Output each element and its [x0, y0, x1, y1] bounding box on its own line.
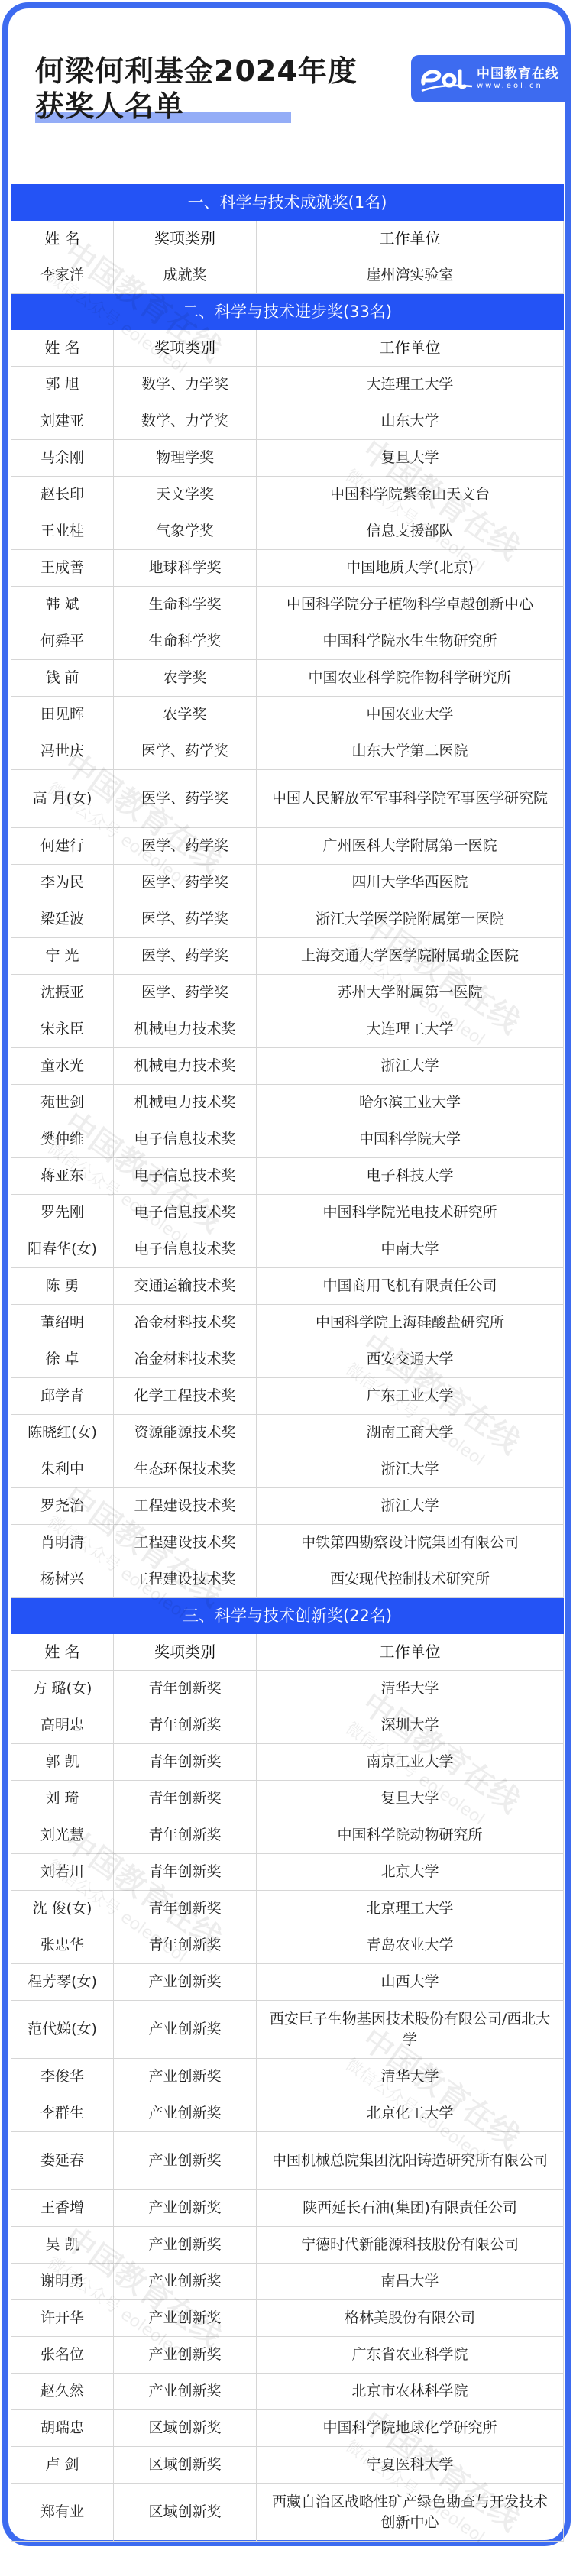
awardees-table-container: 一、科学与技术成就奖(1名)姓 名奖项类别工作单位李家洋成就奖崖州湾实验室二、科… — [11, 184, 563, 2542]
awardee-name: 高 月(女) — [11, 770, 114, 828]
work-unit: 中国机械总院集团沈阳铸造研究所有限公司 — [257, 2132, 564, 2190]
table-row: 许开华产业创新奖格林美股份有限公司 — [11, 2300, 564, 2337]
work-unit: 北京市农林科学院 — [257, 2374, 564, 2410]
awardee-name: 吴 凯 — [11, 2227, 114, 2264]
work-unit: 深圳大学 — [257, 1707, 564, 1744]
award-category: 区域创新奖 — [114, 2447, 257, 2484]
table-row: 沈振亚医学、药学奖苏州大学附属第一医院 — [11, 975, 564, 1011]
work-unit: 浙江大学医学院附属第一医院 — [257, 901, 564, 938]
work-unit: 中国科学院分子植物科学卓越创新中心 — [257, 587, 564, 623]
table-row: 刘 琦青年创新奖复旦大学 — [11, 1781, 564, 1817]
work-unit: 中国科学院光电技术研究所 — [257, 1195, 564, 1231]
unit-column-header: 工作单位 — [257, 221, 564, 257]
award-category: 产业创新奖 — [114, 2095, 257, 2132]
work-unit: 广州医科大学附属第一医院 — [257, 828, 564, 865]
table-row: 冯世庆医学、药学奖山东大学第二医院 — [11, 733, 564, 770]
award-category: 青年创新奖 — [114, 1781, 257, 1817]
table-row: 郭 凯青年创新奖南京工业大学 — [11, 1744, 564, 1781]
section-header: 二、科学与技术进步奖(33名) — [11, 294, 564, 330]
work-unit: 中国人民解放军军事科学院军事医学研究院 — [257, 770, 564, 828]
work-unit: 山西大学 — [257, 1964, 564, 2001]
work-unit: 大连理工大学 — [257, 367, 564, 403]
table-row: 范代娣(女)产业创新奖西安巨子生物基因技术股份有限公司/西北大学 — [11, 2001, 564, 2059]
awardee-name: 王香增 — [11, 2190, 114, 2227]
awardee-name: 赵长印 — [11, 477, 114, 513]
table-row: 邱学青化学工程技术奖广东工业大学 — [11, 1378, 564, 1415]
work-unit: 陕西延长石油(集团)有限责任公司 — [257, 2190, 564, 2227]
awardee-name: 何舜平 — [11, 623, 114, 660]
table-row: 蒋亚东电子信息技术奖电子科技大学 — [11, 1158, 564, 1195]
table-row: 李俊华产业创新奖清华大学 — [11, 2059, 564, 2095]
awardee-name: 邱学青 — [11, 1378, 114, 1415]
work-unit: 清华大学 — [257, 1671, 564, 1707]
awardee-name: 韩 斌 — [11, 587, 114, 623]
award-category: 青年创新奖 — [114, 1817, 257, 1854]
awardee-name: 郑有业 — [11, 2484, 114, 2542]
work-unit: 大连理工大学 — [257, 1011, 564, 1048]
work-unit: 中国科学院水生生物研究所 — [257, 623, 564, 660]
work-unit: 苏州大学附属第一医院 — [257, 975, 564, 1011]
work-unit: 北京理工大学 — [257, 1891, 564, 1927]
award-category: 青年创新奖 — [114, 1671, 257, 1707]
awardee-name: 童水光 — [11, 1048, 114, 1085]
award-category: 产业创新奖 — [114, 2227, 257, 2264]
awardee-name: 蒋亚东 — [11, 1158, 114, 1195]
award-category: 产业创新奖 — [114, 2264, 257, 2300]
award-category: 机械电力技术奖 — [114, 1048, 257, 1085]
award-category: 产业创新奖 — [114, 1964, 257, 2001]
table-row: 郑有业区域创新奖西藏自治区战略性矿产绿色勘查与开发技术创新中心 — [11, 2484, 564, 2542]
unit-column-header: 工作单位 — [257, 1634, 564, 1671]
award-category: 生态环保技术奖 — [114, 1451, 257, 1488]
work-unit: 北京化工大学 — [257, 2095, 564, 2132]
award-category: 机械电力技术奖 — [114, 1011, 257, 1048]
work-unit: 西藏自治区战略性矿产绿色勘查与开发技术创新中心 — [257, 2484, 564, 2542]
table-row: 卢 剑区域创新奖宁夏医科大学 — [11, 2447, 564, 2484]
table-row: 高明忠青年创新奖深圳大学 — [11, 1707, 564, 1744]
awardee-name: 方 璐(女) — [11, 1671, 114, 1707]
awardee-name: 朱利中 — [11, 1451, 114, 1488]
award-category: 产业创新奖 — [114, 2337, 257, 2374]
eol-logo-badge: 中国教育在线 www.eol.cn — [411, 55, 568, 102]
work-unit: 中国科学院地球化学研究所 — [257, 2410, 564, 2447]
award-category: 数学、力学奖 — [114, 367, 257, 403]
table-row: 方 璐(女)青年创新奖清华大学 — [11, 1671, 564, 1707]
awardee-name: 苑世剑 — [11, 1085, 114, 1121]
work-unit: 青岛农业大学 — [257, 1927, 564, 1964]
table-row: 刘若川青年创新奖北京大学 — [11, 1854, 564, 1891]
logo-url: www.eol.cn — [477, 82, 559, 91]
table-row: 苑世剑机械电力技术奖哈尔滨工业大学 — [11, 1085, 564, 1121]
table-row: 张名位产业创新奖广东省农业科学院 — [11, 2337, 564, 2374]
work-unit: 复旦大学 — [257, 440, 564, 477]
page: 何梁何利基金2024年度 获奖人名单 中国教育在线 www.eol.cn 一、科… — [0, 0, 573, 2576]
work-unit: 西安现代控制技术研究所 — [257, 1561, 564, 1598]
column-header-row: 姓 名奖项类别工作单位 — [11, 1634, 564, 1671]
work-unit: 北京大学 — [257, 1854, 564, 1891]
table-row: 田见晖农学奖中国农业大学 — [11, 697, 564, 733]
awardee-name: 卢 剑 — [11, 2447, 114, 2484]
award-category: 产业创新奖 — [114, 2132, 257, 2190]
awardee-name: 张忠华 — [11, 1927, 114, 1964]
table-row: 李家洋成就奖崖州湾实验室 — [11, 257, 564, 294]
column-header-row: 姓 名奖项类别工作单位 — [11, 221, 564, 257]
table-row: 徐 卓冶金材料技术奖西安交通大学 — [11, 1341, 564, 1378]
table-row: 高 月(女)医学、药学奖中国人民解放军军事科学院军事医学研究院 — [11, 770, 564, 828]
work-unit: 宁夏医科大学 — [257, 2447, 564, 2484]
title-line-1: 何梁何利基金2024年度 — [35, 53, 358, 89]
table-row: 宋永臣机械电力技术奖大连理工大学 — [11, 1011, 564, 1048]
awardee-name: 郭 旭 — [11, 367, 114, 403]
awardee-name: 宋永臣 — [11, 1011, 114, 1048]
awardee-name: 王成善 — [11, 550, 114, 587]
award-category: 区域创新奖 — [114, 2484, 257, 2542]
work-unit: 南昌大学 — [257, 2264, 564, 2300]
award-category: 电子信息技术奖 — [114, 1195, 257, 1231]
award-category: 电子信息技术奖 — [114, 1231, 257, 1268]
awardee-name: 徐 卓 — [11, 1341, 114, 1378]
table-row: 王业桂气象学奖信息支援部队 — [11, 513, 564, 550]
table-row: 沈 俊(女)青年创新奖北京理工大学 — [11, 1891, 564, 1927]
award-category: 地球科学奖 — [114, 550, 257, 587]
award-category: 青年创新奖 — [114, 1744, 257, 1781]
awardee-name: 宁 光 — [11, 938, 114, 975]
award-category: 生命科学奖 — [114, 623, 257, 660]
awardee-name: 沈振亚 — [11, 975, 114, 1011]
table-row: 李群生产业创新奖北京化工大学 — [11, 2095, 564, 2132]
awardee-name: 马余刚 — [11, 440, 114, 477]
awardee-name: 胡瑞忠 — [11, 2410, 114, 2447]
table-row: 王成善地球科学奖中国地质大学(北京) — [11, 550, 564, 587]
table-row: 郭 旭数学、力学奖大连理工大学 — [11, 367, 564, 403]
awardee-name: 李为民 — [11, 865, 114, 901]
awardee-name: 赵久然 — [11, 2374, 114, 2410]
award-category: 医学、药学奖 — [114, 828, 257, 865]
award-category: 冶金材料技术奖 — [114, 1341, 257, 1378]
award-category: 青年创新奖 — [114, 1927, 257, 1964]
award-category: 物理学奖 — [114, 440, 257, 477]
awardee-name: 钱 前 — [11, 660, 114, 697]
awardee-name: 许开华 — [11, 2300, 114, 2337]
awardee-name: 冯世庆 — [11, 733, 114, 770]
work-unit: 中铁第四勘察设计院集团有限公司 — [257, 1525, 564, 1561]
section-header: 一、科学与技术成就奖(1名) — [11, 185, 564, 221]
award-category: 化学工程技术奖 — [114, 1378, 257, 1415]
eol-logo-icon — [419, 63, 474, 94]
awardee-name: 陈晓红(女) — [11, 1415, 114, 1451]
work-unit: 四川大学华西医院 — [257, 865, 564, 901]
work-unit: 南京工业大学 — [257, 1744, 564, 1781]
table-row: 童水光机械电力技术奖浙江大学 — [11, 1048, 564, 1085]
work-unit: 山东大学第二医院 — [257, 733, 564, 770]
award-category: 气象学奖 — [114, 513, 257, 550]
table-row: 韩 斌生命科学奖中国科学院分子植物科学卓越创新中心 — [11, 587, 564, 623]
work-unit: 浙江大学 — [257, 1488, 564, 1525]
award-category: 工程建设技术奖 — [114, 1525, 257, 1561]
table-row: 张忠华青年创新奖青岛农业大学 — [11, 1927, 564, 1964]
work-unit: 浙江大学 — [257, 1451, 564, 1488]
page-title: 何梁何利基金2024年度 获奖人名单 — [35, 53, 358, 124]
awardee-name: 沈 俊(女) — [11, 1891, 114, 1927]
table-row: 阳春华(女)电子信息技术奖中南大学 — [11, 1231, 564, 1268]
table-row: 杨树兴工程建设技术奖西安现代控制技术研究所 — [11, 1561, 564, 1598]
awardee-name: 樊仲维 — [11, 1121, 114, 1158]
award-category: 资源能源技术奖 — [114, 1415, 257, 1451]
award-category: 农学奖 — [114, 660, 257, 697]
award-category: 电子信息技术奖 — [114, 1121, 257, 1158]
work-unit: 山东大学 — [257, 403, 564, 440]
work-unit: 哈尔滨工业大学 — [257, 1085, 564, 1121]
table-row: 陈晓红(女)资源能源技术奖湖南工商大学 — [11, 1415, 564, 1451]
work-unit: 中国商用飞机有限责任公司 — [257, 1268, 564, 1305]
logo-name: 中国教育在线 — [477, 66, 559, 82]
work-unit: 中国科学院紫金山天文台 — [257, 477, 564, 513]
award-category: 区域创新奖 — [114, 2410, 257, 2447]
table-row: 朱利中生态环保技术奖浙江大学 — [11, 1451, 564, 1488]
table-row: 董绍明冶金材料技术奖中国科学院上海硅酸盐研究所 — [11, 1305, 564, 1341]
work-unit: 中国科学院大学 — [257, 1121, 564, 1158]
work-unit: 中国科学院上海硅酸盐研究所 — [257, 1305, 564, 1341]
table-row: 罗先刚电子信息技术奖中国科学院光电技术研究所 — [11, 1195, 564, 1231]
award-category: 工程建设技术奖 — [114, 1561, 257, 1598]
awardee-name: 范代娣(女) — [11, 2001, 114, 2059]
table-row: 程芳琴(女)产业创新奖山西大学 — [11, 1964, 564, 2001]
award-category: 医学、药学奖 — [114, 901, 257, 938]
title-line-2: 获奖人名单 — [35, 89, 358, 124]
award-category: 电子信息技术奖 — [114, 1158, 257, 1195]
table-row: 梁廷波医学、药学奖浙江大学医学院附属第一医院 — [11, 901, 564, 938]
awardee-name: 高明忠 — [11, 1707, 114, 1744]
work-unit: 中国地质大学(北京) — [257, 550, 564, 587]
work-unit: 中南大学 — [257, 1231, 564, 1268]
awardee-name: 李家洋 — [11, 257, 114, 294]
awardee-name: 罗先刚 — [11, 1195, 114, 1231]
award-category: 农学奖 — [114, 697, 257, 733]
awardee-name: 李俊华 — [11, 2059, 114, 2095]
awardee-name: 阳春华(女) — [11, 1231, 114, 1268]
award-category: 医学、药学奖 — [114, 938, 257, 975]
table-row: 刘建亚数学、力学奖山东大学 — [11, 403, 564, 440]
table-row: 刘光慧青年创新奖中国科学院动物研究所 — [11, 1817, 564, 1854]
work-unit: 浙江大学 — [257, 1048, 564, 1085]
award-category: 工程建设技术奖 — [114, 1488, 257, 1525]
category-column-header: 奖项类别 — [114, 221, 257, 257]
table-row: 王香增产业创新奖陕西延长石油(集团)有限责任公司 — [11, 2190, 564, 2227]
awardee-name: 陈 勇 — [11, 1268, 114, 1305]
awardee-name: 梁廷波 — [11, 901, 114, 938]
award-category: 医学、药学奖 — [114, 770, 257, 828]
award-category: 数学、力学奖 — [114, 403, 257, 440]
table-row: 何建行医学、药学奖广州医科大学附属第一医院 — [11, 828, 564, 865]
table-row: 樊仲维电子信息技术奖中国科学院大学 — [11, 1121, 564, 1158]
work-unit: 广东工业大学 — [257, 1378, 564, 1415]
awardee-name: 郭 凯 — [11, 1744, 114, 1781]
work-unit: 湖南工商大学 — [257, 1415, 564, 1451]
awardee-name: 王业桂 — [11, 513, 114, 550]
work-unit: 电子科技大学 — [257, 1158, 564, 1195]
award-category: 青年创新奖 — [114, 1854, 257, 1891]
section-title: 三、科学与技术创新奖(22名) — [11, 1598, 564, 1634]
unit-column-header: 工作单位 — [257, 330, 564, 367]
table-row: 赵长印天文学奖中国科学院紫金山天文台 — [11, 477, 564, 513]
work-unit: 中国农业科学院作物科学研究所 — [257, 660, 564, 697]
table-row: 陈 勇交通运输技术奖中国商用飞机有限责任公司 — [11, 1268, 564, 1305]
table-row: 肖明清工程建设技术奖中铁第四勘察设计院集团有限公司 — [11, 1525, 564, 1561]
name-column-header: 姓 名 — [11, 1634, 114, 1671]
work-unit: 格林美股份有限公司 — [257, 2300, 564, 2337]
awardee-name: 杨树兴 — [11, 1561, 114, 1598]
awardee-name: 娄延春 — [11, 2132, 114, 2190]
awardee-name: 刘若川 — [11, 1854, 114, 1891]
award-category: 冶金材料技术奖 — [114, 1305, 257, 1341]
section-header: 三、科学与技术创新奖(22名) — [11, 1598, 564, 1634]
awardee-name: 张名位 — [11, 2337, 114, 2374]
name-column-header: 姓 名 — [11, 221, 114, 257]
award-category: 机械电力技术奖 — [114, 1085, 257, 1121]
table-row: 谢明勇产业创新奖南昌大学 — [11, 2264, 564, 2300]
work-unit: 中国科学院动物研究所 — [257, 1817, 564, 1854]
awardee-name: 董绍明 — [11, 1305, 114, 1341]
table-row: 罗尧治工程建设技术奖浙江大学 — [11, 1488, 564, 1525]
table-row: 李为民医学、药学奖四川大学华西医院 — [11, 865, 564, 901]
table-row: 赵久然产业创新奖北京市农林科学院 — [11, 2374, 564, 2410]
work-unit: 中国农业大学 — [257, 697, 564, 733]
table-row: 娄延春产业创新奖中国机械总院集团沈阳铸造研究所有限公司 — [11, 2132, 564, 2190]
awardee-name: 刘建亚 — [11, 403, 114, 440]
award-category: 产业创新奖 — [114, 2300, 257, 2337]
awardee-name: 刘光慧 — [11, 1817, 114, 1854]
award-category: 医学、药学奖 — [114, 733, 257, 770]
award-category: 交通运输技术奖 — [114, 1268, 257, 1305]
table-row: 吴 凯产业创新奖宁德时代新能源科技股份有限公司 — [11, 2227, 564, 2264]
award-category: 产业创新奖 — [114, 2059, 257, 2095]
awardee-name: 肖明清 — [11, 1525, 114, 1561]
awardee-name: 田见晖 — [11, 697, 114, 733]
awardees-table: 一、科学与技术成就奖(1名)姓 名奖项类别工作单位李家洋成就奖崖州湾实验室二、科… — [11, 184, 564, 2542]
award-category: 产业创新奖 — [114, 2374, 257, 2410]
category-column-header: 奖项类别 — [114, 330, 257, 367]
section-title: 一、科学与技术成就奖(1名) — [11, 185, 564, 221]
work-unit: 信息支援部队 — [257, 513, 564, 550]
award-category: 青年创新奖 — [114, 1891, 257, 1927]
table-row: 马余刚物理学奖复旦大学 — [11, 440, 564, 477]
awardee-name: 刘 琦 — [11, 1781, 114, 1817]
work-unit: 西安巨子生物基因技术股份有限公司/西北大学 — [257, 2001, 564, 2059]
work-unit: 西安交通大学 — [257, 1341, 564, 1378]
table-row: 钱 前农学奖中国农业科学院作物科学研究所 — [11, 660, 564, 697]
work-unit: 宁德时代新能源科技股份有限公司 — [257, 2227, 564, 2264]
awardee-name: 李群生 — [11, 2095, 114, 2132]
work-unit: 复旦大学 — [257, 1781, 564, 1817]
award-category: 生命科学奖 — [114, 587, 257, 623]
award-category: 医学、药学奖 — [114, 865, 257, 901]
award-category: 医学、药学奖 — [114, 975, 257, 1011]
award-category: 天文学奖 — [114, 477, 257, 513]
work-unit: 清华大学 — [257, 2059, 564, 2095]
award-category: 产业创新奖 — [114, 2190, 257, 2227]
awardee-name: 程芳琴(女) — [11, 1964, 114, 2001]
work-unit: 上海交通大学医学院附属瑞金医院 — [257, 938, 564, 975]
column-header-row: 姓 名奖项类别工作单位 — [11, 330, 564, 367]
work-unit: 崖州湾实验室 — [257, 257, 564, 294]
awardee-name: 罗尧治 — [11, 1488, 114, 1525]
category-column-header: 奖项类别 — [114, 1634, 257, 1671]
awardee-name: 谢明勇 — [11, 2264, 114, 2300]
section-title: 二、科学与技术进步奖(33名) — [11, 294, 564, 330]
award-category: 青年创新奖 — [114, 1707, 257, 1744]
table-row: 何舜平生命科学奖中国科学院水生生物研究所 — [11, 623, 564, 660]
awardee-name: 何建行 — [11, 828, 114, 865]
table-row: 宁 光医学、药学奖上海交通大学医学院附属瑞金医院 — [11, 938, 564, 975]
table-row: 胡瑞忠区域创新奖中国科学院地球化学研究所 — [11, 2410, 564, 2447]
work-unit: 广东省农业科学院 — [257, 2337, 564, 2374]
name-column-header: 姓 名 — [11, 330, 114, 367]
award-category: 成就奖 — [114, 257, 257, 294]
award-category: 产业创新奖 — [114, 2001, 257, 2059]
